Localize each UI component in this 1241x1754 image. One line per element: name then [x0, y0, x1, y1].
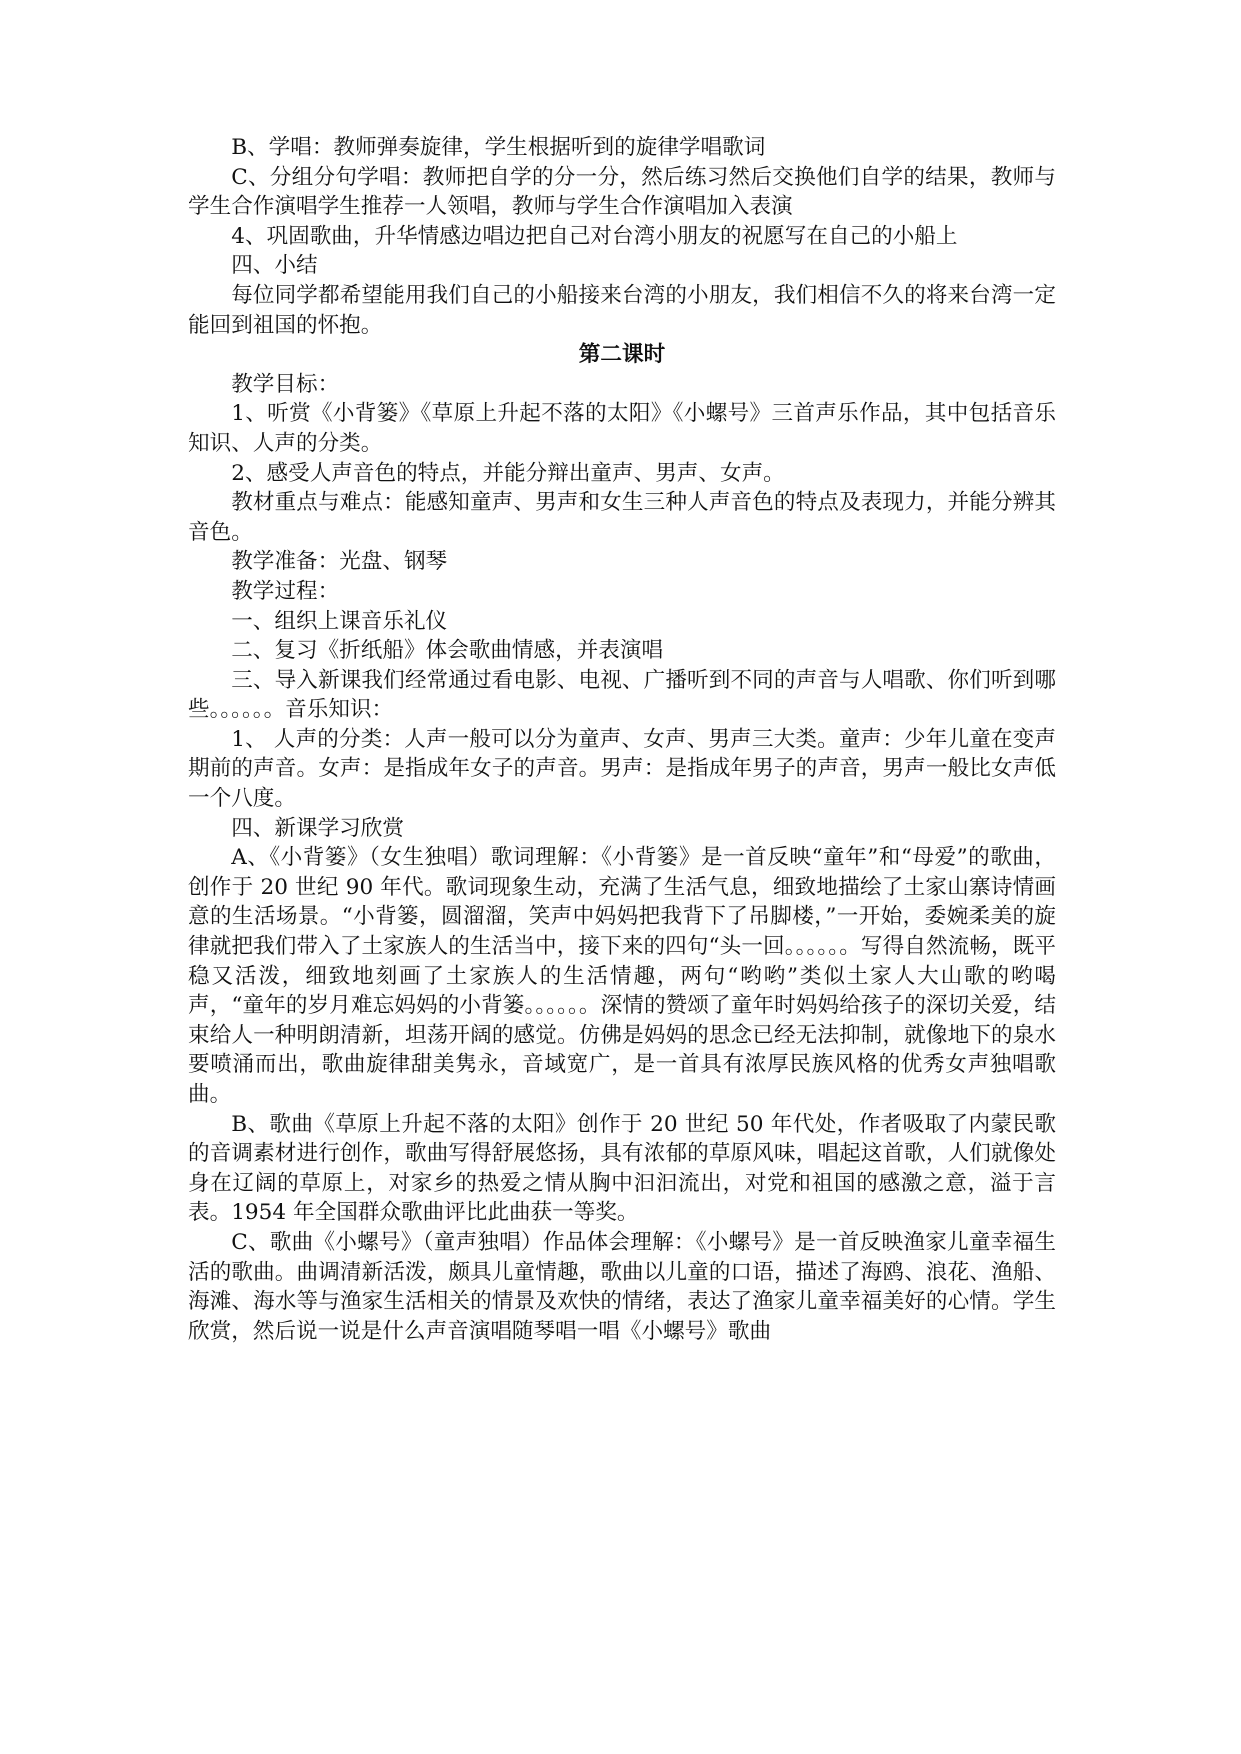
paragraph-group-singing: C、分组分句学唱：教师把自学的分一分，然后练习然后交换他们自学的结果，教师与学生… [188, 163, 1056, 222]
paragraph-goal-2: 2、感受人声音色的特点，并能分辩出童声、男声、女声。 [188, 459, 1056, 489]
paragraph-consolidate-song: 4、巩固歌曲，升华情感边唱边把自己对台湾小朋友的祝愿写在自己的小船上 [188, 222, 1056, 252]
paragraph-song-c: C、歌曲《小螺号》（童声独唱）作品体会理解：《小螺号》是一首反映渔家儿童幸福生活… [188, 1228, 1056, 1346]
paragraph-summary-heading: 四、小结 [188, 251, 1056, 281]
section-heading: 第二课时 [188, 340, 1056, 370]
paragraph-teaching-goals-label: 教学目标： [188, 370, 1056, 400]
paragraph-goal-1: 1、听赏《小背篓》《草原上升起不落的太阳》《小螺号》三首声乐作品，其中包括音乐知… [188, 399, 1056, 458]
document-page: B、学唱：教师弹奏旋律，学生根据听到的旋律学唱歌词 C、分组分句学唱：教师把自学… [188, 133, 1056, 1346]
paragraph-step-3: 三、导入新课我们经常通过看电影、电视、广播听到不同的声音与人唱歌、你们听到哪些。… [188, 666, 1056, 725]
paragraph-step-2: 二、复习《折纸船》体会歌曲情感，并表演唱 [188, 636, 1056, 666]
paragraph-preparation: 教学准备：光盘、钢琴 [188, 547, 1056, 577]
paragraph-key-points: 教材重点与难点：能感知童声、男声和女生三种人声音色的特点及表现力，并能分辨其音色… [188, 488, 1056, 547]
paragraph-song-a: A、《小背篓》（女生独唱）歌词理解：《小背篓》是一首反映“童年”和“母爱”的歌曲… [188, 843, 1056, 1109]
paragraph-step-1: 一、组织上课音乐礼仪 [188, 607, 1056, 637]
paragraph-song-b: B、歌曲《草原上升起不落的太阳》创作于 20 世纪 50 年代处，作者吸取了内蒙… [188, 1110, 1056, 1228]
paragraph-learn-singing: B、学唱：教师弹奏旋律，学生根据听到的旋律学唱歌词 [188, 133, 1056, 163]
paragraph-summary-text: 每位同学都希望能用我们自己的小船接来台湾的小朋友，我们相信不久的将来台湾一定能回… [188, 281, 1056, 340]
paragraph-process-label: 教学过程： [188, 577, 1056, 607]
paragraph-step-4: 四、新课学习欣赏 [188, 814, 1056, 844]
paragraph-voice-classification: 1、 人声的分类：人声一般可以分为童声、女声、男声三大类。童声：少年儿童在变声期… [188, 725, 1056, 814]
